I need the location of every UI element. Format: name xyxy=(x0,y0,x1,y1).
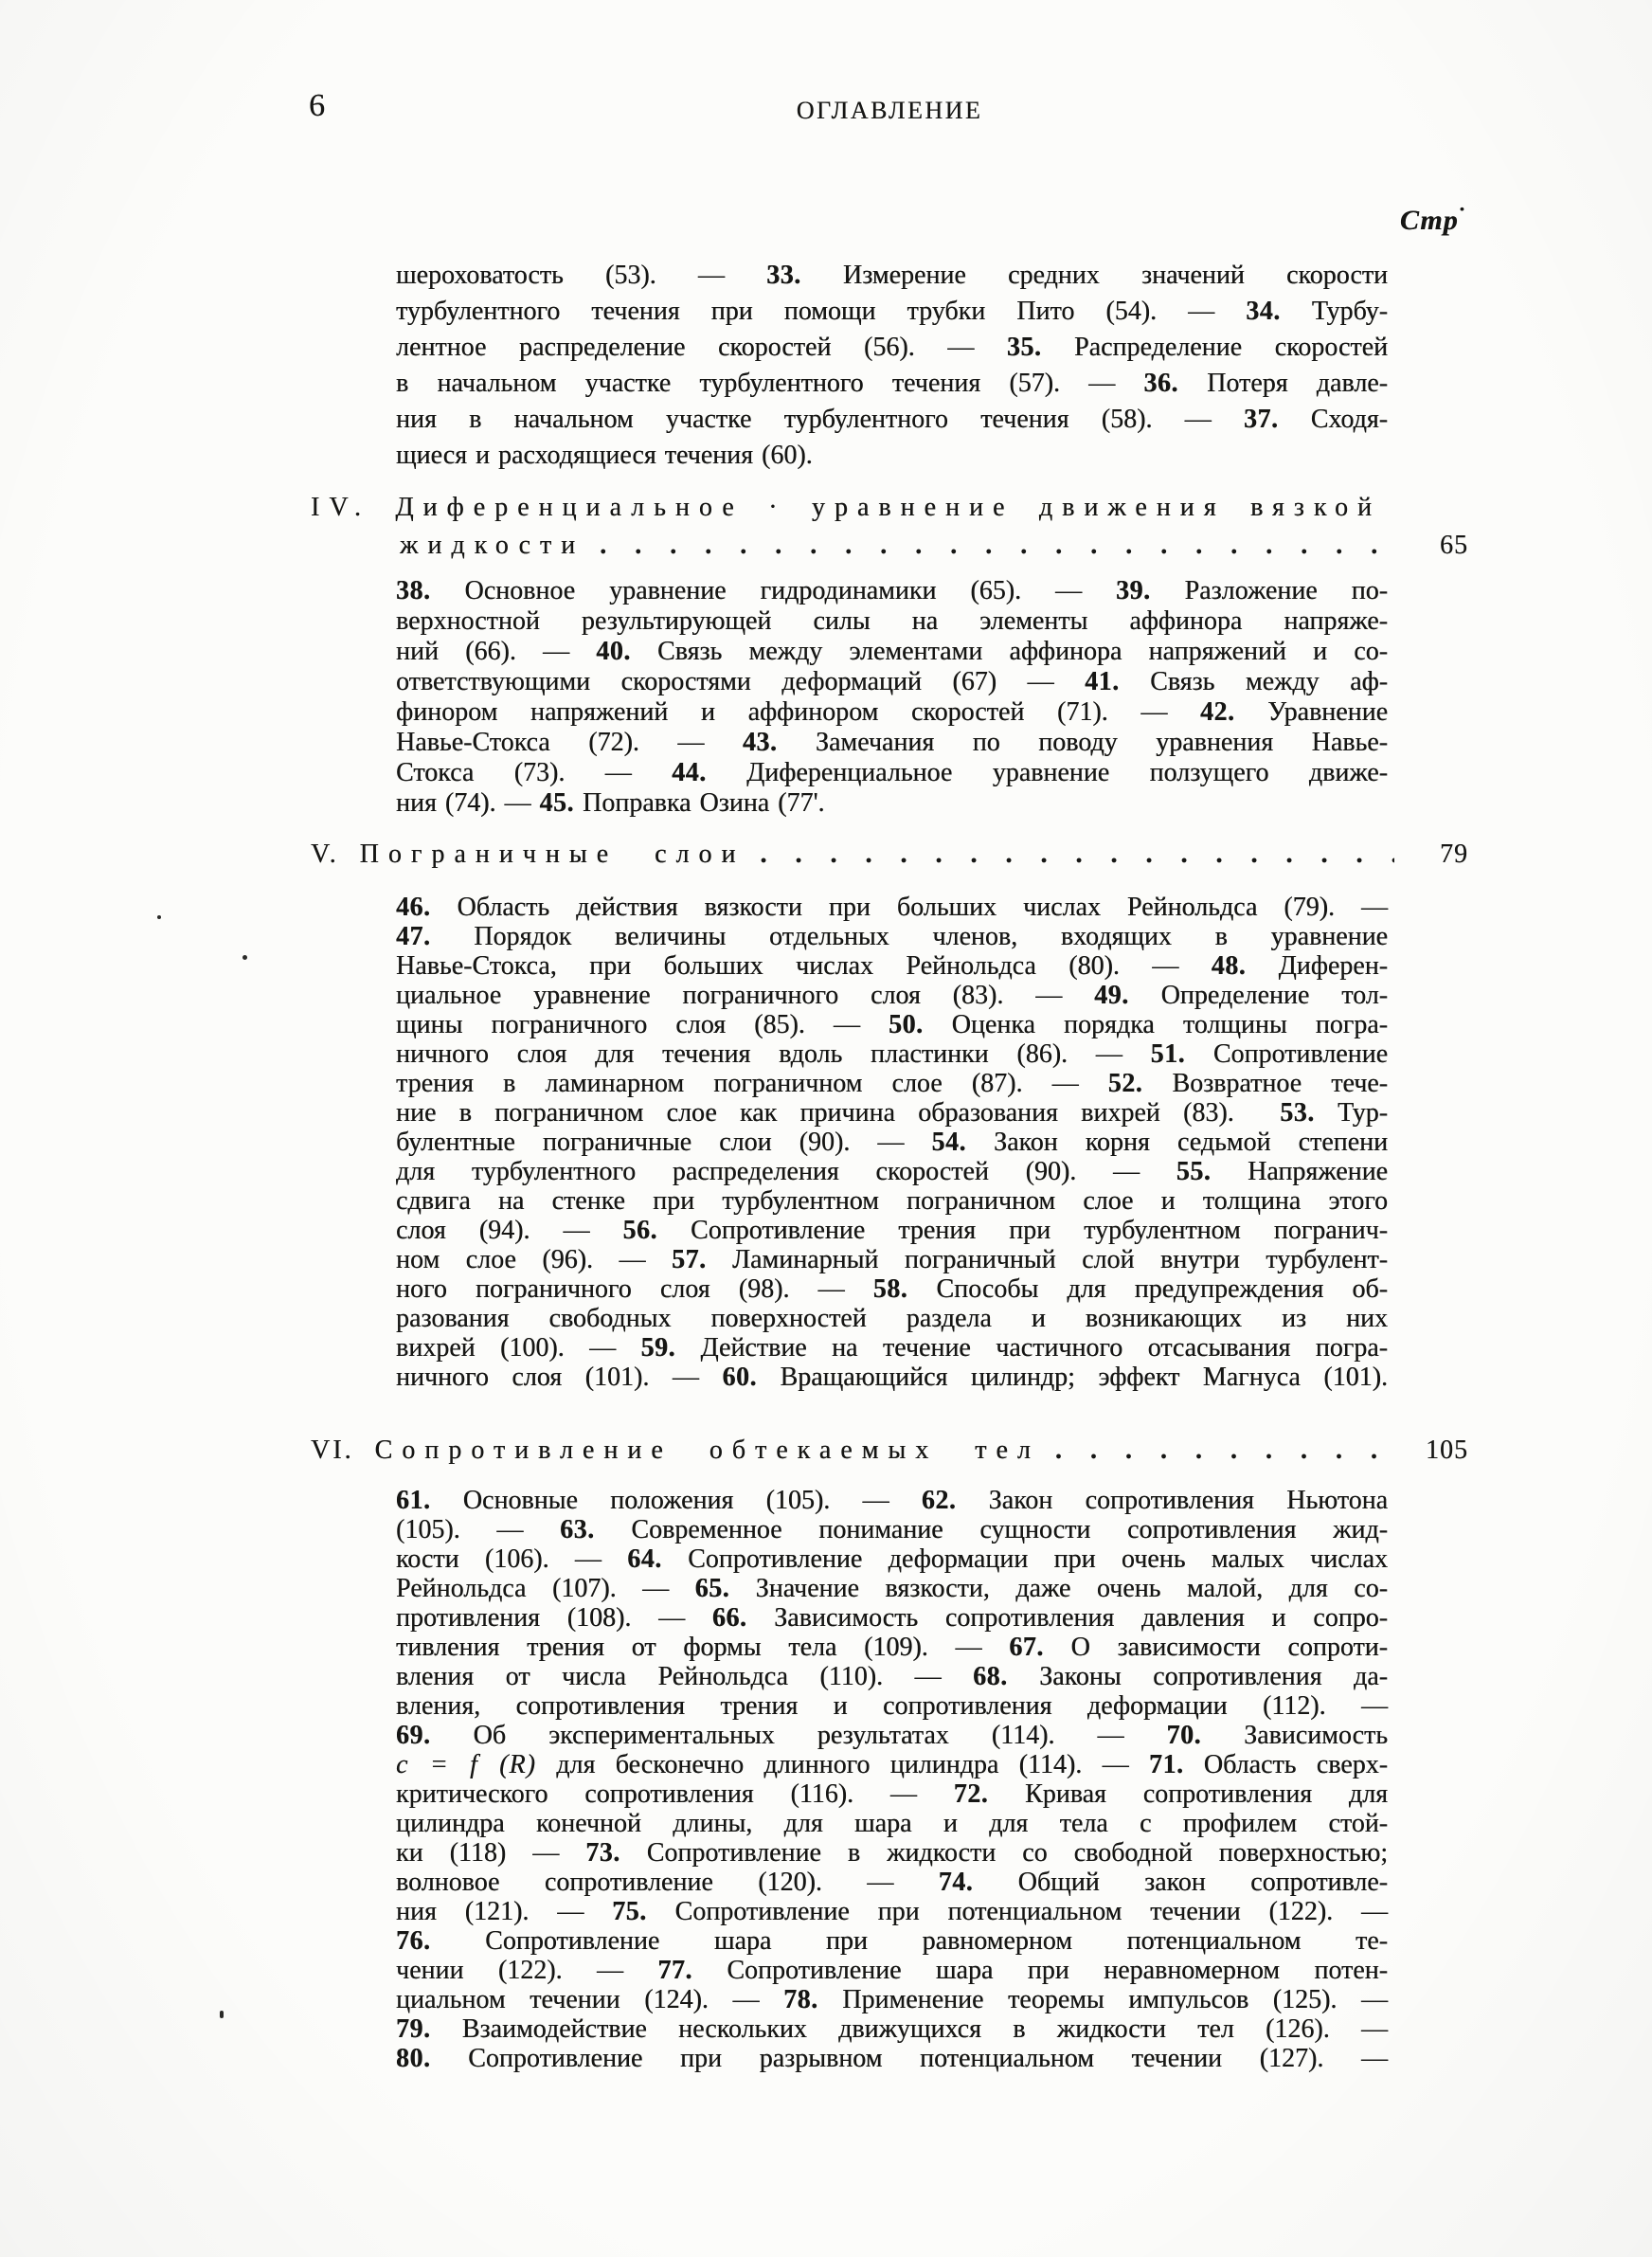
toc-entry-line: сдвига на стенке при турбулентном погран… xyxy=(396,1186,1388,1216)
toc-entry-paragraph: 38. Основное уравнение гидродинамики (65… xyxy=(396,576,1388,819)
toc-entry-line: волновое сопротивление (120). — 74. Общи… xyxy=(396,1868,1388,1897)
dot-leader: ........................................… xyxy=(760,836,1394,874)
toc-entry-line: (105). — 63. Современное понимание сущно… xyxy=(396,1515,1388,1544)
section-page-number: 79 xyxy=(1400,836,1468,874)
section-heading-row: жидкости................................… xyxy=(311,527,1468,565)
toc-entry-line: 61. Основные положения (105). — 62. Зако… xyxy=(396,1486,1388,1515)
toc-entry-line: противления (108). — 66. Зависимость соп… xyxy=(396,1603,1388,1633)
toc-entry-line: для турбулентного распределения скоросте… xyxy=(396,1157,1388,1186)
toc-entry-line: Стокса (73). — 44. Диференциальное уравн… xyxy=(396,758,1388,788)
toc-entry-line: в начальном участке турбулентного течени… xyxy=(396,366,1388,402)
toc-entry-line: ние в пограничном слое как причина образ… xyxy=(396,1098,1388,1128)
toc-entry-line: вихрей (100). — 59. Действие на течение … xyxy=(396,1333,1388,1363)
toc-entry-line: 46. Область действия вязкости при больши… xyxy=(396,893,1388,922)
toc-entry-line: 38. Основное уравнение гидродинамики (65… xyxy=(396,576,1388,606)
section-title: Пограничные слои xyxy=(360,836,745,874)
page-column-label: Стр· xyxy=(1400,205,1466,237)
toc-entry-line: булентные пограничные слои (90). — 54. З… xyxy=(396,1128,1388,1157)
scanned-page: 6 ОГЛАВЛЕНИЕ Стр· шероховатость (53). — … xyxy=(0,0,1652,2257)
toc-entry-line: 76. Сопротивление шара при равномерном п… xyxy=(396,1926,1388,1956)
toc-entry-line: ния в начальном участке турбулентного те… xyxy=(396,402,1388,438)
toc-entry-paragraph: 61. Основные положения (105). — 62. Зако… xyxy=(396,1486,1388,2073)
toc-entry-line: ничного слоя (101). — 60. Вращающийся ци… xyxy=(396,1363,1388,1392)
toc-sections: IV. Диференциальное · уравнение движения… xyxy=(311,489,1468,2073)
toc-entry-line: вления, сопротивления трения и сопротивл… xyxy=(396,1691,1388,1721)
ink-speck xyxy=(157,915,161,919)
page-title: ОГЛАВЛЕНИЕ xyxy=(311,97,1468,125)
toc-entry-line: c = f (R) для бесконечно длинного цилинд… xyxy=(396,1750,1388,1779)
toc-entry-line: ничного слоя для течения вдоль пластинки… xyxy=(396,1039,1388,1069)
section-heading-row: IV. Диференциальное · уравнение движения… xyxy=(311,489,1381,527)
section-title: жидкости xyxy=(400,527,584,565)
toc-intro-paragraph: шероховатость (53). — 33. Измерение сред… xyxy=(311,258,1468,474)
toc-entry-line: Навье-Стокса (72). — 43. Замечания по по… xyxy=(396,728,1388,758)
section-page-number: 105 xyxy=(1400,1432,1468,1470)
toc-entry-line: ответствующими скоростями деформаций (67… xyxy=(396,667,1388,697)
section-heading-row: VI.Сопротивление обтекаемых тел.........… xyxy=(311,1432,1468,1470)
toc-entry-line: лентное распределение скоростей (56). — … xyxy=(396,330,1388,366)
toc-entry-paragraph: 46. Область действия вязкости при больши… xyxy=(396,893,1388,1392)
section-numeral: V. xyxy=(311,836,339,874)
toc-entry-line: верхностной результирующей силы на элеме… xyxy=(396,606,1388,637)
ink-speck xyxy=(242,955,247,960)
toc-content: шероховатость (53). — 33. Измерение сред… xyxy=(311,258,1468,2073)
toc-entry-line: цилиндра конечной длины, для шара и для … xyxy=(396,1809,1388,1838)
ink-speck xyxy=(220,2011,224,2018)
toc-entry-line: вления от числа Рейнольдса (110). — 68. … xyxy=(396,1662,1388,1691)
toc-entry-line: шероховатость (53). — 33. Измерение сред… xyxy=(396,258,1388,294)
toc-entry-line: циальное уравнение пограничного слоя (83… xyxy=(396,981,1388,1010)
column-label-text: Стр xyxy=(1400,205,1459,236)
toc-entry-line: ного пограничного слоя (98). — 58. Спосо… xyxy=(396,1274,1388,1304)
toc-entry-line: турбулентного течения при помощи трубки … xyxy=(396,294,1388,330)
toc-entry-line: ния (121). — 75. Сопротивление при потен… xyxy=(396,1897,1388,1926)
dot-leader: ........................................… xyxy=(600,527,1394,565)
toc-entry-line: разования свободных поверхностей раздела… xyxy=(396,1304,1388,1333)
toc-entry-line: ний (66). — 40. Связь между элементами а… xyxy=(396,637,1388,667)
toc-entry-line: ния (74). — 45. Поправка Озина (77'. xyxy=(396,788,1388,819)
toc-entry-line: 79. Взаимодействие нескольких движущихся… xyxy=(396,2014,1388,2044)
toc-entry-line: слоя (94). — 56. Сопротивление трения пр… xyxy=(396,1216,1388,1245)
toc-entry-line: Рейнольдса (107). — 65. Значение вязкост… xyxy=(396,1574,1388,1603)
toc-entry-line: 80. Сопротивление при разрывном потенциа… xyxy=(396,2044,1388,2073)
toc-entry-line: 69. Об экспериментальных результатах (11… xyxy=(396,1721,1388,1750)
toc-entry-line: ном слое (96). — 57. Ламинарный погранич… xyxy=(396,1245,1388,1274)
toc-entry-line: циальном течении (124). — 78. Применение… xyxy=(396,1985,1388,2014)
section-title: Сопротивление обтекаемых тел xyxy=(375,1432,1040,1470)
toc-entry-line: трения в ламинарном пограничном слое (87… xyxy=(396,1069,1388,1098)
toc-entry-line: финором напряжений и аффинором скоростей… xyxy=(396,697,1388,728)
section-page-number: 65 xyxy=(1400,527,1468,565)
column-label-mark: · xyxy=(1459,197,1466,221)
dot-leader: ........................................… xyxy=(1055,1432,1394,1470)
toc-entry-line: кости (106). — 64. Сопротивление деформа… xyxy=(396,1544,1388,1574)
section-numeral: VI. xyxy=(311,1432,354,1470)
toc-entry-line: щины пограничного слоя (85). — 50. Оценк… xyxy=(396,1010,1388,1039)
toc-entry-line: щиеся и расходящиеся течения (60). xyxy=(396,438,1388,474)
toc-entry-line: тивления трения от формы тела (109). — 6… xyxy=(396,1633,1388,1662)
toc-entry-line: критического сопротивления (116). — 72. … xyxy=(396,1779,1388,1809)
toc-entry-line: ки (118) — 73. Сопротивление в жидкости … xyxy=(396,1838,1388,1868)
section-heading-row: V.Пограничные слои......................… xyxy=(311,836,1468,874)
toc-entry-paragraph: шероховатость (53). — 33. Измерение сред… xyxy=(396,258,1388,474)
toc-entry-line: чении (122). — 77. Сопротивление шара пр… xyxy=(396,1956,1388,1985)
toc-entry-line: 47. Порядок величины отдельных членов, в… xyxy=(396,922,1388,951)
toc-entry-line: Навье-Стокса, при больших числах Рейноль… xyxy=(396,951,1388,981)
